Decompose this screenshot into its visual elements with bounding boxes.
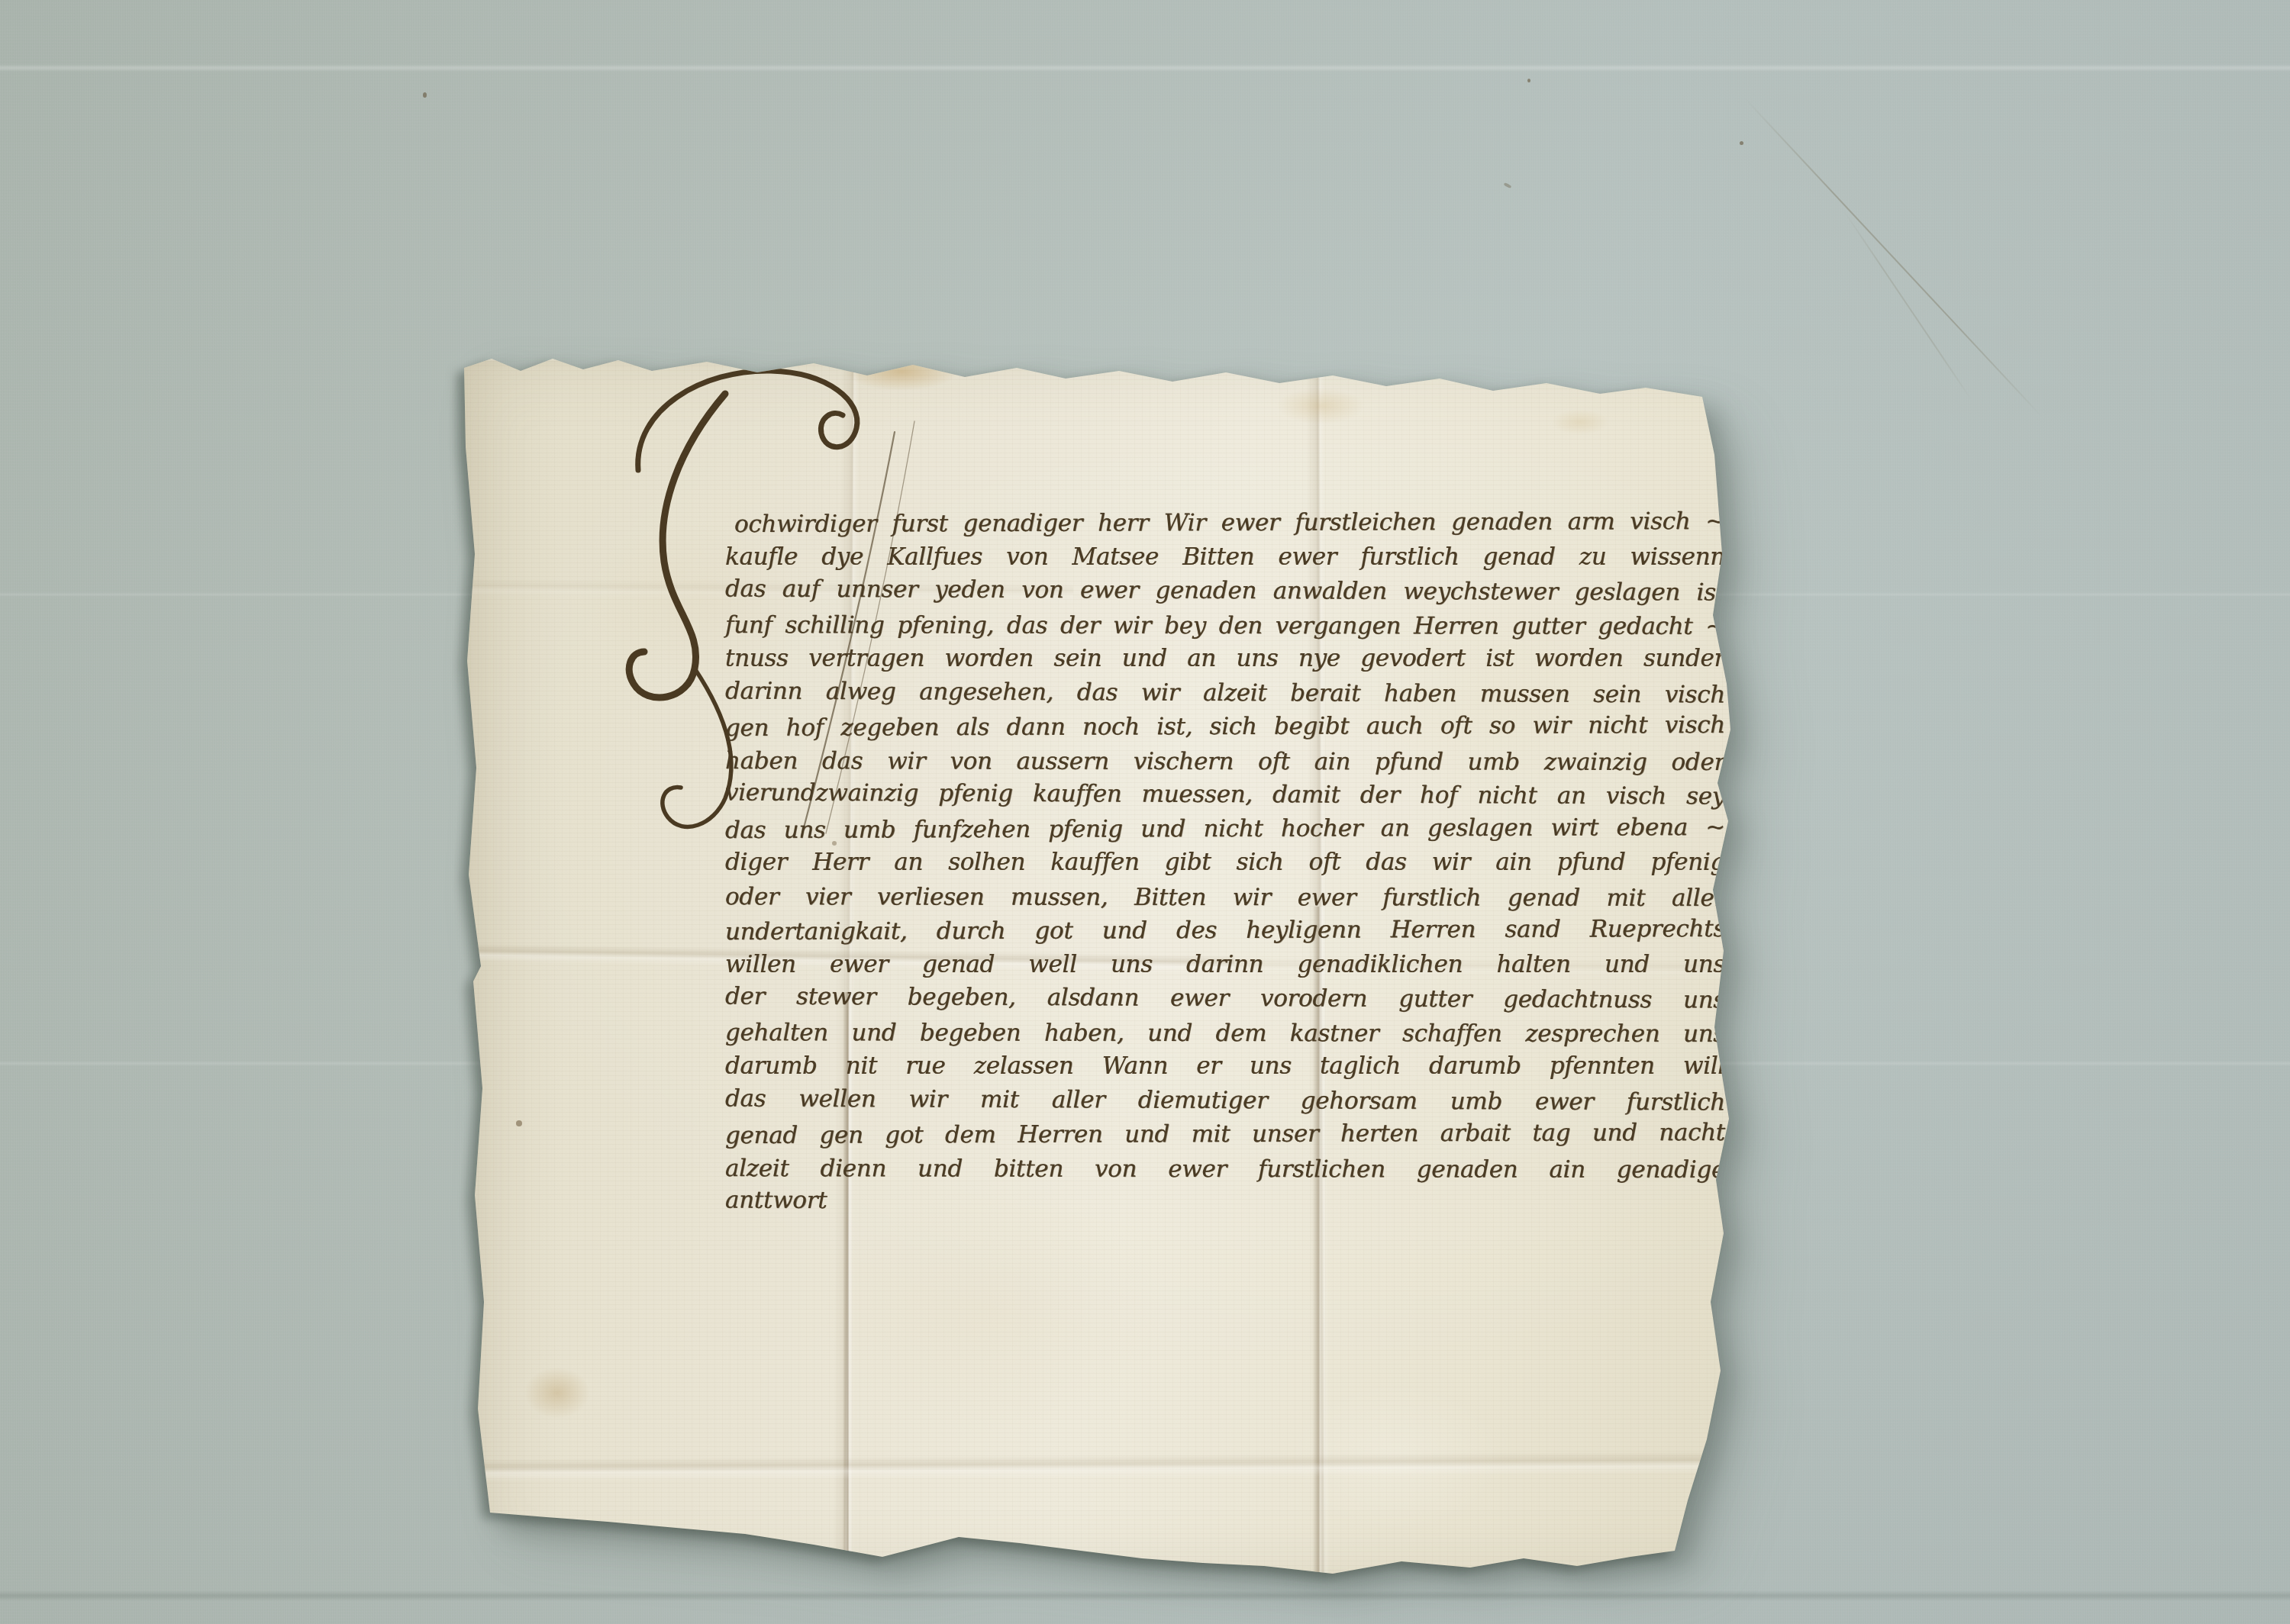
- manuscript-line: gen hof zegeben als dann noch ist, sich …: [725, 710, 1725, 743]
- manuscript-line: das uns umb funfzehen pfenig und nicht h…: [725, 813, 1725, 845]
- dust-speck: [423, 92, 427, 98]
- manuscript-line: diger Herr an solhen kauffen gibt sich o…: [725, 848, 1725, 877]
- manuscript-line: gehalten und begeben haben, und dem kast…: [725, 1018, 1725, 1049]
- dust-speck: [1504, 182, 1512, 188]
- archival-photo-background: ochwirdiger furst genadiger herr Wir ewe…: [0, 0, 2290, 1624]
- scan-streak: [0, 1590, 2290, 1601]
- torn-edge-highlight: [455, 356, 1798, 362]
- manuscript-line: willen ewer genad well uns darinn genadi…: [725, 950, 1725, 979]
- manuscript-line: kaufle dye Kallfues von Matsee Bitten ew…: [725, 543, 1725, 572]
- manuscript-line: der stewer begeben, alsdann ewer voroder…: [725, 981, 1725, 1014]
- manuscript-paper: ochwirdiger furst genadiger herr Wir ewe…: [455, 356, 1798, 1580]
- manuscript-line: darinn alweg angesehen, das wir alzeit b…: [725, 676, 1725, 709]
- dust-speck: [1740, 141, 1743, 145]
- letter-text-block: ochwirdiger furst genadiger herr Wir ewe…: [455, 356, 1798, 1580]
- manuscript-line: undertanigkait, durch got und des heylig…: [725, 914, 1725, 946]
- manuscript-line: funf schilling pfening, das der wir bey …: [725, 611, 1725, 641]
- manuscript-line: das auf unnser yeden von ewer genaden an…: [725, 574, 1725, 607]
- scan-streak: [0, 64, 2290, 72]
- scratch-mark: [1843, 211, 1972, 401]
- manuscript-line: haben das wir von aussern vischern oft a…: [725, 746, 1725, 777]
- paper-shadow-wrapper: ochwirdiger furst genadiger herr Wir ewe…: [455, 356, 1798, 1580]
- manuscript-line: alzeit dienn und bitten von ewer furstli…: [725, 1154, 1725, 1184]
- dust-speck: [1527, 79, 1530, 82]
- manuscript-line: oder vier verliesen mussen, Bitten wir e…: [725, 882, 1725, 913]
- manuscript-line: darumb nit rue zelassen Wann er uns tagl…: [725, 1052, 1725, 1081]
- manuscript-line: vierundzwainzig pfenig kauffen muessen, …: [725, 778, 1725, 810]
- manuscript-line: ochwirdiger furst genadiger herr Wir ewe…: [734, 507, 1725, 539]
- manuscript-line: tnuss vertragen worden sein und an uns n…: [725, 644, 1725, 673]
- manuscript-line: das wellen wir mit aller diemutiger geho…: [725, 1084, 1725, 1116]
- manuscript-line: anttwort: [725, 1185, 1725, 1218]
- manuscript-line: genad gen got dem Herren und mit unser h…: [725, 1118, 1725, 1150]
